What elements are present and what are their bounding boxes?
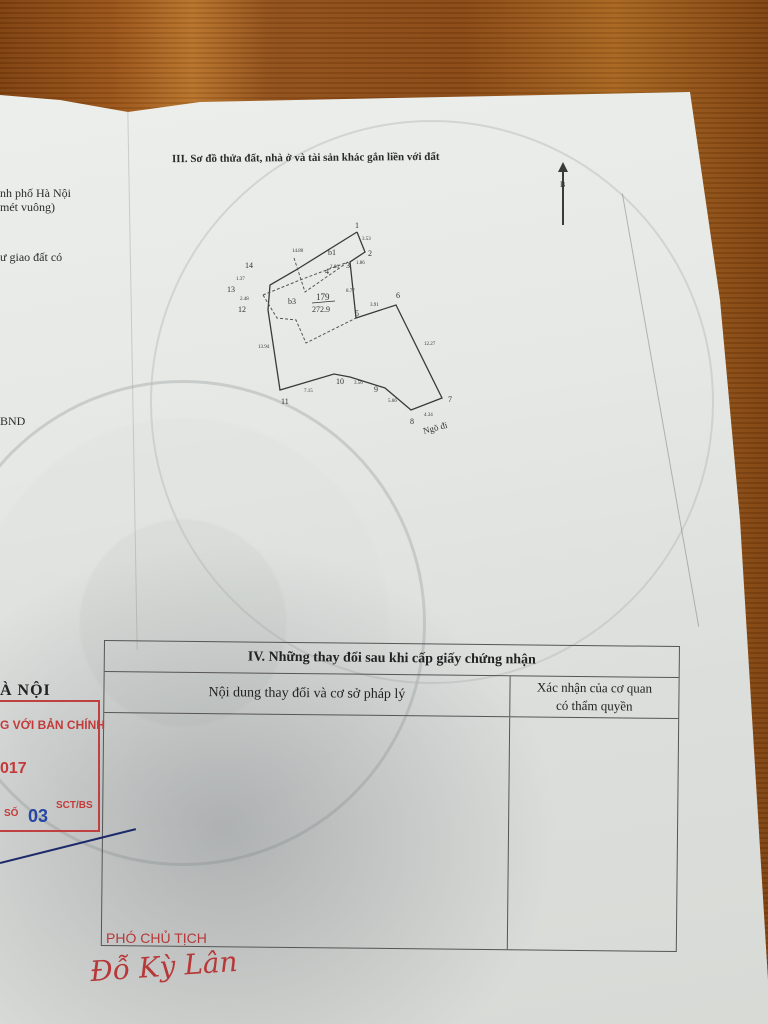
changes-table: IV. Những thay đổi sau khi cấp giấy chứn… <box>101 640 680 952</box>
stamp-text: G VỚI BẢN CHÍNH <box>0 718 105 732</box>
svg-text:4.34: 4.34 <box>424 413 433 418</box>
svg-text:3.91: 3.91 <box>370 303 379 308</box>
svg-text:5.66: 5.66 <box>388 399 397 404</box>
svg-text:13: 13 <box>227 285 235 294</box>
svg-text:8.77: 8.77 <box>346 289 355 294</box>
svg-text:179: 179 <box>316 292 330 302</box>
svg-text:3: 3 <box>346 261 350 270</box>
svg-text:12: 12 <box>238 305 246 314</box>
svg-text:b3: b3 <box>288 297 296 306</box>
road-label: Ngõ đi <box>422 420 449 436</box>
svg-text:272.9: 272.9 <box>312 305 330 314</box>
svg-text:12.27: 12.27 <box>424 342 436 347</box>
svg-text:8: 8 <box>410 417 414 426</box>
svg-text:1.37: 1.37 <box>236 277 245 282</box>
column-header-line: có thẩm quyền <box>510 696 678 716</box>
issuer-city: À NỘI <box>0 682 51 700</box>
svg-text:10: 10 <box>336 377 344 386</box>
svg-text:13.94: 13.94 <box>258 345 270 350</box>
svg-text:4: 4 <box>325 267 329 276</box>
svg-text:1: 1 <box>355 221 359 230</box>
svg-text:9: 9 <box>374 385 378 394</box>
svg-text:3.56: 3.56 <box>354 381 363 386</box>
svg-text:14: 14 <box>245 261 253 270</box>
svg-text:2.06: 2.06 <box>330 265 339 270</box>
svg-text:b1: b1 <box>328 248 336 257</box>
column-header-line: Xác nhận của cơ quan <box>510 678 678 698</box>
svg-text:3.53: 3.53 <box>362 237 371 242</box>
authority-cell <box>508 717 678 951</box>
svg-text:1.86: 1.86 <box>356 261 365 266</box>
column-header-content: Nội dung thay đổi và cơ sở pháp lý <box>104 672 510 716</box>
handwritten-number: 03 <box>28 806 48 827</box>
svg-text:6: 6 <box>396 291 400 300</box>
svg-text:7.15: 7.15 <box>304 389 313 394</box>
svg-text:11: 11 <box>281 397 289 406</box>
svg-text:2: 2 <box>368 249 372 258</box>
signature-title: PHÓ CHỦ TỊCH <box>106 930 207 946</box>
svg-text:14.80: 14.80 <box>292 249 304 254</box>
stamp-number-prefix: SỐ <box>4 808 18 819</box>
svg-text:2.48: 2.48 <box>240 297 249 302</box>
stamp-year: 017 <box>0 760 27 778</box>
column-header-authority: Xác nhận của cơ quan có thẩm quyền <box>510 676 678 718</box>
svg-text:5: 5 <box>355 309 359 318</box>
content-cell <box>102 713 510 949</box>
stamp-suffix: SCT/BS <box>56 800 93 811</box>
svg-text:7: 7 <box>448 395 452 404</box>
